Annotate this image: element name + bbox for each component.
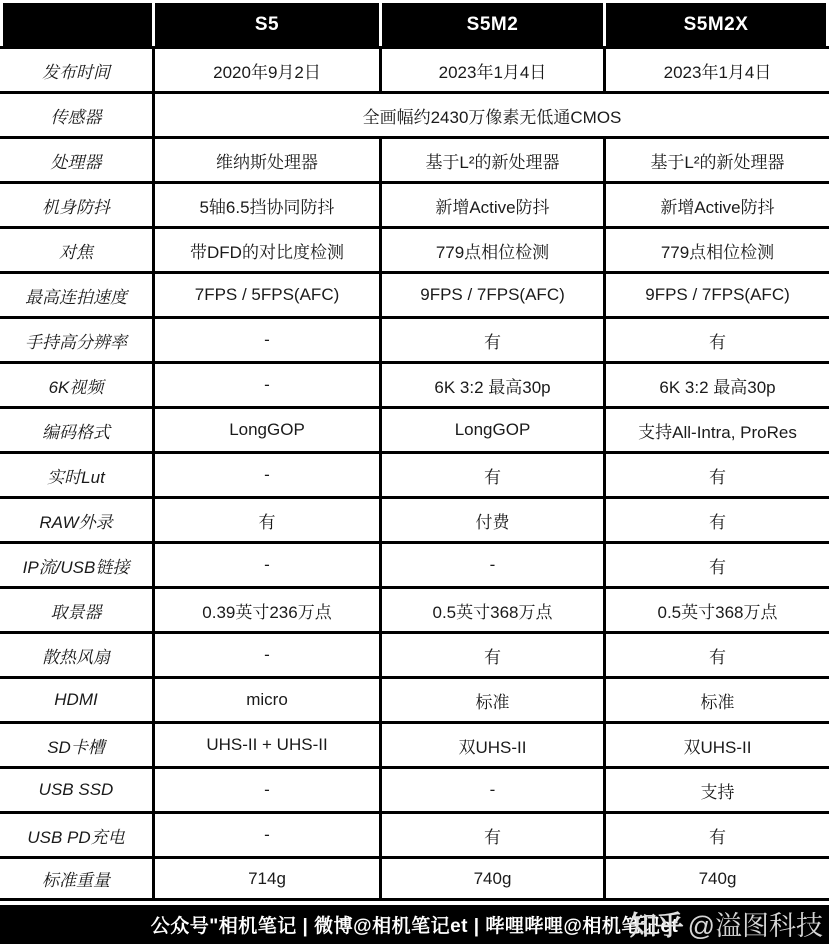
merged-cell: 全画幅约2430万像素无低通CMOS: [152, 91, 829, 136]
row-label: 最高连拍速度: [0, 271, 152, 316]
footer-credit-text: 公众号"相机笔记 | 微博@相机笔记et | 哔哩哔哩@相机笔记et: [151, 911, 679, 938]
cell: 0.5英寸368万点: [603, 586, 829, 631]
cell: 2020年9月2日: [152, 46, 379, 91]
row-label: 传感器: [0, 91, 152, 136]
row-label: 处理器: [0, 136, 152, 181]
row-label: 标准重量: [0, 856, 152, 901]
row-label: 取景器: [0, 586, 152, 631]
cell: LongGOP: [152, 406, 379, 451]
cell: -: [379, 541, 603, 586]
cell: 7FPS / 5FPS(AFC): [152, 271, 379, 316]
cell: 新增Active防抖: [603, 181, 829, 226]
row-label: 散热风扇: [0, 631, 152, 676]
row-label: IP流/USB链接: [0, 541, 152, 586]
header-cell-s5m2x: S5M2X: [606, 3, 826, 46]
cell: 0.39英寸236万点: [152, 586, 379, 631]
cell: 基于L²的新处理器: [603, 136, 829, 181]
camera-comparison-page: S5 S5M2 S5M2X 发布时间 2020年9月2日 2023年1月4日 2…: [0, 0, 829, 949]
cell: 付费: [379, 496, 603, 541]
row-label: HDMI: [0, 676, 152, 721]
bottom-white-strip: [0, 944, 829, 949]
cell: UHS-II + UHS-II: [152, 721, 379, 766]
header-cell-empty: [3, 3, 152, 46]
cell: LongGOP: [379, 406, 603, 451]
row-label: USB PD充电: [0, 811, 152, 856]
cell: 779点相位检测: [379, 226, 603, 271]
cell: 维纳斯处理器: [152, 136, 379, 181]
row-label: USB SSD: [0, 766, 152, 811]
cell: -: [152, 541, 379, 586]
cell: 有: [603, 811, 829, 856]
cell: 双UHS-II: [603, 721, 829, 766]
cell: 标准: [603, 676, 829, 721]
cell: 有: [603, 541, 829, 586]
cell: 有: [603, 451, 829, 496]
cell: 6K 3:2 最高30p: [379, 361, 603, 406]
row-label: RAW外录: [0, 496, 152, 541]
cell: 5轴6.5挡协同防抖: [152, 181, 379, 226]
cell: -: [152, 361, 379, 406]
cell: -: [152, 316, 379, 361]
cell: 9FPS / 7FPS(AFC): [379, 271, 603, 316]
cell: 新增Active防抖: [379, 181, 603, 226]
row-label: 手持高分辨率: [0, 316, 152, 361]
cell: 支持All-Intra, ProRes: [603, 406, 829, 451]
cell: 有: [152, 496, 379, 541]
row-label: 对焦: [0, 226, 152, 271]
cell: 有: [603, 496, 829, 541]
cell: 6K 3:2 最高30p: [603, 361, 829, 406]
row-label: 机身防抖: [0, 181, 152, 226]
cell: 2023年1月4日: [379, 46, 603, 91]
cell: -: [152, 811, 379, 856]
cell: 0.5英寸368万点: [379, 586, 603, 631]
row-label: 发布时间: [0, 46, 152, 91]
row-label: 实时Lut: [0, 451, 152, 496]
cell: 9FPS / 7FPS(AFC): [603, 271, 829, 316]
cell: 双UHS-II: [379, 721, 603, 766]
cell: 标准: [379, 676, 603, 721]
cell: -: [152, 766, 379, 811]
watermark-account-name: @溢图科技: [688, 904, 823, 943]
row-label: 6K视频: [0, 361, 152, 406]
header-cell-s5: S5: [155, 3, 379, 46]
cell: 779点相位检测: [603, 226, 829, 271]
cell: -: [379, 766, 603, 811]
cell: 2023年1月4日: [603, 46, 829, 91]
row-label: SD卡槽: [0, 721, 152, 766]
header-cell-s5m2: S5M2: [382, 3, 603, 46]
cell: 带DFD的对比度检测: [152, 226, 379, 271]
row-label: 编码格式: [0, 406, 152, 451]
cell: 有: [379, 316, 603, 361]
cell: 有: [379, 451, 603, 496]
cell: 714g: [152, 856, 379, 901]
cell: 有: [379, 631, 603, 676]
cell: micro: [152, 676, 379, 721]
cell: 有: [603, 316, 829, 361]
footer-bar: 公众号"相机笔记 | 微博@相机笔记et | 哔哩哔哩@相机笔记et 知乎 @溢…: [0, 905, 829, 944]
cell: 740g: [379, 856, 603, 901]
cell: 740g: [603, 856, 829, 901]
cell: -: [152, 451, 379, 496]
cell: -: [152, 631, 379, 676]
camera-spec-table: S5 S5M2 S5M2X 发布时间 2020年9月2日 2023年1月4日 2…: [0, 0, 829, 901]
cell: 基于L²的新处理器: [379, 136, 603, 181]
cell: 有: [603, 631, 829, 676]
cell: 有: [379, 811, 603, 856]
cell: 支持: [603, 766, 829, 811]
